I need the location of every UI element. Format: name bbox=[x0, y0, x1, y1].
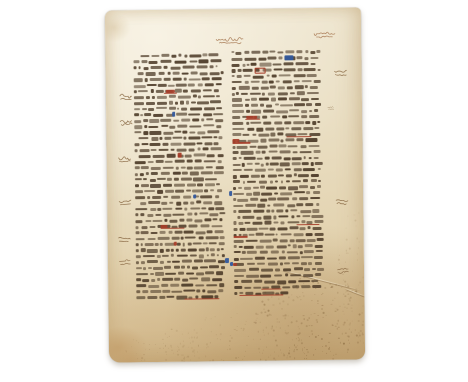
glyph-run bbox=[138, 67, 141, 70]
glyph-run bbox=[278, 98, 287, 101]
glyph-run bbox=[317, 268, 323, 271]
glyph-run bbox=[307, 74, 317, 77]
speckle bbox=[322, 346, 323, 347]
glyph-run bbox=[266, 74, 270, 76]
speckle bbox=[292, 299, 294, 301]
glyph-run bbox=[241, 151, 253, 154]
glyph-run bbox=[136, 279, 141, 282]
glyph-run bbox=[183, 89, 188, 92]
glyph-run bbox=[181, 166, 186, 169]
glyph-run bbox=[160, 249, 164, 252]
glyph-run bbox=[279, 144, 286, 147]
glyph-run bbox=[166, 295, 174, 297]
speckle bbox=[206, 318, 207, 319]
glyph-run bbox=[187, 184, 196, 187]
text-line bbox=[136, 294, 226, 301]
glyph-run bbox=[237, 146, 248, 149]
speckle bbox=[257, 318, 258, 319]
speckle bbox=[268, 311, 270, 313]
glyph-run bbox=[259, 239, 271, 242]
glyph-run bbox=[233, 146, 236, 149]
speckle bbox=[292, 339, 293, 340]
glyph-run bbox=[207, 131, 219, 133]
speckle bbox=[236, 329, 238, 331]
glyph-run bbox=[219, 218, 223, 221]
glyph-run bbox=[256, 128, 263, 131]
speckle bbox=[166, 354, 167, 355]
glyph-run bbox=[155, 160, 164, 163]
glyph-run bbox=[318, 179, 321, 182]
glyph-run bbox=[311, 162, 314, 165]
glyph-run bbox=[312, 215, 323, 217]
speckle bbox=[311, 362, 313, 363]
glyph-run bbox=[203, 95, 215, 98]
glyph-run bbox=[233, 180, 240, 183]
glyph-run bbox=[309, 115, 319, 118]
glyph-run bbox=[243, 68, 253, 71]
speckle bbox=[348, 328, 349, 329]
glyph-run bbox=[168, 84, 175, 86]
glyph-run bbox=[234, 227, 238, 230]
glyph-run bbox=[148, 201, 160, 203]
speckle bbox=[346, 320, 347, 321]
glyph-run bbox=[284, 262, 291, 265]
speckle bbox=[292, 316, 293, 317]
glyph-run bbox=[205, 166, 213, 168]
glyph-run bbox=[313, 209, 320, 212]
glyph-run bbox=[276, 209, 283, 212]
glyph-run bbox=[144, 78, 147, 81]
glyph-run bbox=[213, 171, 224, 174]
glyph-run bbox=[195, 284, 204, 287]
glyph-run bbox=[136, 243, 139, 246]
glyph-run bbox=[186, 272, 195, 275]
glyph-run bbox=[157, 95, 166, 98]
glyph-run bbox=[159, 296, 165, 299]
glyph-run bbox=[244, 187, 251, 190]
glyph-run bbox=[148, 108, 154, 111]
speckle bbox=[358, 320, 360, 322]
speckle bbox=[196, 337, 197, 338]
speckle bbox=[193, 329, 194, 330]
speckle bbox=[346, 228, 347, 229]
speckle bbox=[125, 350, 126, 351]
marginal-gloss-left bbox=[118, 111, 133, 131]
glyph-run bbox=[187, 266, 190, 269]
glyph-run bbox=[174, 184, 184, 187]
speckle bbox=[229, 345, 230, 346]
speckle bbox=[244, 356, 245, 357]
speckle bbox=[298, 327, 299, 328]
glyph-run bbox=[138, 155, 150, 158]
speckle bbox=[289, 347, 290, 348]
glyph-run bbox=[290, 209, 297, 211]
glyph-run bbox=[270, 250, 279, 253]
glyph-run bbox=[153, 219, 163, 222]
glyph-run bbox=[206, 248, 209, 251]
glyph-run bbox=[135, 208, 147, 210]
glyph-run bbox=[184, 231, 194, 234]
speckle bbox=[301, 343, 303, 345]
glyph-run bbox=[176, 148, 187, 152]
speckle bbox=[260, 338, 261, 339]
speckle bbox=[285, 330, 286, 331]
glyph-run bbox=[218, 136, 223, 139]
glyph-run bbox=[209, 242, 217, 245]
glyph-run bbox=[152, 96, 155, 99]
glyph-run bbox=[282, 251, 285, 254]
glyph-run bbox=[169, 125, 175, 128]
speckle bbox=[355, 225, 356, 226]
glyph-run bbox=[296, 50, 303, 52]
glyph-run bbox=[261, 175, 265, 178]
speckle bbox=[297, 349, 298, 350]
glyph-run bbox=[232, 87, 236, 90]
speckle bbox=[229, 348, 231, 350]
glyph-run bbox=[275, 268, 280, 271]
glyph-run bbox=[312, 227, 322, 230]
glyph-run bbox=[290, 274, 301, 277]
glyph-run bbox=[219, 284, 224, 287]
glyph-run bbox=[255, 256, 265, 259]
speckle bbox=[356, 238, 357, 239]
glyph-run bbox=[216, 107, 222, 110]
glyph-run bbox=[270, 86, 276, 89]
glyph-run bbox=[150, 226, 156, 229]
glyph-run bbox=[206, 118, 213, 120]
speckle bbox=[131, 346, 132, 347]
glyph-run bbox=[182, 171, 188, 174]
glyph-run bbox=[164, 78, 170, 81]
glyph-run bbox=[162, 54, 170, 57]
glyph-run bbox=[216, 95, 220, 97]
speckle bbox=[298, 340, 299, 341]
speckle bbox=[230, 335, 231, 336]
glyph-run bbox=[295, 239, 305, 242]
speckle bbox=[266, 327, 268, 329]
glyph-run bbox=[136, 255, 141, 258]
glyph-run bbox=[308, 262, 313, 265]
glyph-run bbox=[317, 238, 323, 241]
speckle bbox=[178, 349, 180, 351]
glyph-run bbox=[247, 162, 253, 164]
glyph-run bbox=[250, 122, 261, 124]
glyph-run bbox=[181, 118, 190, 121]
glyph-run bbox=[197, 142, 202, 145]
glyph-run bbox=[232, 104, 243, 107]
glyph-run bbox=[150, 273, 154, 276]
glyph-run bbox=[306, 103, 312, 106]
glyph-run bbox=[148, 160, 154, 163]
glyph-run bbox=[292, 180, 301, 183]
glyph-run bbox=[253, 209, 265, 212]
glyph-run bbox=[310, 186, 314, 189]
speckle bbox=[282, 301, 284, 303]
glyph-run bbox=[284, 122, 292, 125]
glyph-run bbox=[136, 249, 139, 252]
glyph-run bbox=[155, 243, 159, 246]
glyph-run bbox=[287, 251, 298, 253]
speckle bbox=[355, 330, 356, 331]
speckle bbox=[316, 319, 318, 321]
speckle bbox=[262, 301, 264, 303]
speckle bbox=[268, 299, 270, 301]
glyph-run bbox=[181, 72, 188, 75]
speckle bbox=[262, 352, 263, 353]
speckle bbox=[260, 358, 262, 360]
speckle bbox=[360, 340, 361, 341]
speckle bbox=[306, 355, 307, 356]
glyph-run bbox=[307, 92, 319, 95]
speckle bbox=[220, 334, 222, 336]
speckle bbox=[313, 354, 315, 356]
speckle bbox=[347, 351, 349, 353]
glyph-run bbox=[234, 269, 246, 272]
glyph-run bbox=[171, 284, 180, 286]
speckle bbox=[303, 318, 305, 320]
glyph-run bbox=[185, 154, 192, 157]
text-column-left bbox=[133, 52, 226, 301]
word-red bbox=[233, 263, 237, 266]
glyph-run bbox=[177, 254, 189, 257]
glyph-run bbox=[256, 151, 261, 154]
glyph-run bbox=[254, 287, 261, 289]
glyph-run bbox=[251, 174, 260, 177]
glyph-run bbox=[169, 95, 176, 98]
speckle bbox=[270, 354, 271, 355]
speckle bbox=[301, 322, 303, 324]
glyph-run bbox=[157, 102, 167, 105]
glyph-run bbox=[291, 127, 301, 130]
speckle bbox=[186, 362, 187, 363]
speckle bbox=[208, 346, 209, 347]
speckle bbox=[192, 350, 194, 352]
glyph-run bbox=[196, 272, 204, 275]
speckle bbox=[236, 326, 237, 327]
speckle bbox=[351, 307, 352, 308]
speckle bbox=[165, 351, 167, 353]
speckle bbox=[284, 318, 286, 320]
crease-group bbox=[105, 7, 361, 10]
glyph-run bbox=[197, 131, 205, 134]
glyph-run bbox=[207, 284, 218, 286]
glyph-run bbox=[175, 207, 182, 209]
glyph-run bbox=[202, 289, 205, 292]
glyph-run bbox=[137, 72, 144, 75]
glyph-run bbox=[176, 202, 181, 205]
glyph-run bbox=[163, 208, 173, 210]
glyph-run bbox=[245, 80, 249, 83]
speckle bbox=[335, 311, 336, 312]
glyph-run bbox=[279, 74, 291, 77]
speckle bbox=[227, 349, 228, 350]
speckle bbox=[347, 253, 348, 254]
glyph-run bbox=[178, 54, 182, 57]
speckle bbox=[306, 360, 308, 362]
glyph-run bbox=[174, 231, 182, 234]
speckle bbox=[321, 308, 323, 310]
glyph-run bbox=[181, 284, 193, 287]
glyph-run bbox=[293, 233, 304, 236]
speckle bbox=[304, 347, 305, 348]
speckle bbox=[314, 313, 316, 315]
glyph-run bbox=[189, 225, 198, 228]
marginal-gloss-right bbox=[336, 260, 349, 278]
speckle bbox=[290, 321, 292, 323]
speckle bbox=[278, 298, 280, 300]
glyph-run bbox=[215, 201, 222, 204]
speckle bbox=[266, 315, 268, 317]
glyph-run bbox=[315, 126, 320, 129]
speckle bbox=[190, 360, 191, 361]
glyph-run bbox=[169, 107, 176, 110]
glyph-run bbox=[232, 110, 244, 113]
speckle bbox=[359, 334, 361, 336]
speckle bbox=[362, 324, 364, 326]
glyph-run bbox=[197, 289, 201, 292]
glyph-run bbox=[141, 143, 148, 145]
glyph-run bbox=[158, 278, 161, 281]
glyph-run bbox=[163, 167, 174, 170]
speckle bbox=[328, 348, 330, 350]
glyph-run bbox=[171, 249, 174, 251]
speckle bbox=[223, 361, 224, 362]
glyph-run bbox=[197, 65, 208, 68]
speckle bbox=[359, 281, 361, 283]
photo-backdrop bbox=[0, 0, 468, 382]
speckle bbox=[210, 332, 211, 333]
glyph-run bbox=[176, 84, 186, 87]
glyph-run bbox=[310, 197, 320, 199]
glyph-run bbox=[194, 160, 202, 163]
glyph-run bbox=[158, 84, 166, 87]
glyph-run bbox=[166, 249, 170, 252]
running-title bbox=[215, 30, 243, 49]
pilcrow-blue bbox=[172, 112, 176, 117]
speckle bbox=[346, 250, 347, 251]
manuscript-page bbox=[105, 7, 365, 362]
speckle bbox=[330, 351, 331, 352]
glyph-run bbox=[255, 233, 263, 236]
glyph-run bbox=[186, 160, 192, 163]
glyph-run bbox=[161, 125, 168, 128]
speckle bbox=[194, 356, 195, 357]
glyph-run bbox=[287, 145, 297, 148]
glyph-run bbox=[259, 57, 267, 60]
glyph-run bbox=[189, 131, 195, 134]
glyph-run bbox=[216, 125, 221, 128]
glyph-run bbox=[269, 80, 274, 83]
glyph-run bbox=[302, 221, 306, 224]
speckle bbox=[348, 297, 350, 299]
glyph-run bbox=[301, 80, 311, 82]
glyph-run bbox=[232, 116, 240, 119]
speckle bbox=[205, 355, 206, 356]
glyph-run bbox=[203, 113, 212, 116]
speckle bbox=[171, 347, 172, 348]
glyph-run bbox=[312, 280, 318, 282]
glyph-run bbox=[278, 227, 287, 230]
glyph-run bbox=[252, 133, 257, 136]
glyph-run bbox=[215, 119, 224, 122]
speckle bbox=[279, 327, 281, 329]
speckle bbox=[266, 346, 267, 347]
speckle bbox=[336, 328, 338, 330]
glyph-run bbox=[160, 119, 171, 122]
glyph-run bbox=[164, 196, 169, 198]
glyph-run bbox=[259, 63, 271, 66]
speckle bbox=[325, 345, 327, 347]
speckle bbox=[321, 338, 323, 340]
glyph-run bbox=[178, 95, 191, 98]
glyph-run bbox=[240, 257, 252, 260]
glyph-run bbox=[216, 183, 220, 185]
glyph-run bbox=[276, 110, 287, 113]
glyph-run bbox=[165, 219, 168, 222]
glyph-run bbox=[176, 249, 179, 252]
glyph-run bbox=[316, 50, 320, 53]
glyph-run bbox=[182, 278, 188, 281]
speckle bbox=[315, 349, 316, 350]
glyph-run bbox=[233, 151, 239, 154]
glyph-run bbox=[177, 242, 181, 245]
glyph-run bbox=[253, 186, 259, 189]
speckle bbox=[160, 348, 161, 349]
glyph-run bbox=[216, 166, 224, 169]
speckle bbox=[357, 253, 358, 254]
glyph-run bbox=[260, 104, 264, 107]
speckle bbox=[241, 328, 242, 329]
speckle bbox=[345, 296, 346, 297]
glyph-run bbox=[142, 279, 149, 282]
glyph-run bbox=[287, 87, 293, 90]
glyph-run bbox=[144, 67, 149, 70]
glyph-run bbox=[267, 257, 277, 260]
glyph-run bbox=[146, 96, 150, 99]
speckle bbox=[182, 334, 183, 335]
speckle bbox=[336, 354, 337, 355]
glyph-run bbox=[233, 169, 242, 171]
glyph-run bbox=[205, 183, 214, 186]
glyph-run bbox=[278, 198, 290, 201]
speckle bbox=[226, 361, 228, 362]
speckle bbox=[210, 318, 211, 319]
glyph-run bbox=[285, 274, 288, 277]
glyph-run bbox=[296, 215, 300, 217]
speckle bbox=[339, 305, 340, 306]
glyph-run bbox=[236, 75, 241, 78]
glyph-run bbox=[183, 131, 188, 134]
glyph-run bbox=[282, 286, 290, 289]
glyph-run bbox=[316, 250, 323, 252]
glyph-run bbox=[172, 236, 180, 239]
glyph-run bbox=[239, 292, 244, 294]
speckle bbox=[332, 286, 333, 287]
underline-red bbox=[240, 295, 283, 297]
glyph-run bbox=[136, 290, 140, 293]
glyph-run bbox=[261, 269, 273, 272]
speckle bbox=[311, 330, 313, 332]
glyph-run bbox=[285, 210, 289, 213]
glyph-run bbox=[175, 102, 178, 105]
glyph-run bbox=[142, 108, 147, 110]
glyph-run bbox=[269, 197, 276, 200]
glyph-run bbox=[172, 260, 180, 262]
glyph-run bbox=[182, 243, 185, 246]
speckle bbox=[206, 344, 207, 345]
glyph-run bbox=[250, 93, 261, 95]
glyph-run bbox=[282, 80, 292, 83]
